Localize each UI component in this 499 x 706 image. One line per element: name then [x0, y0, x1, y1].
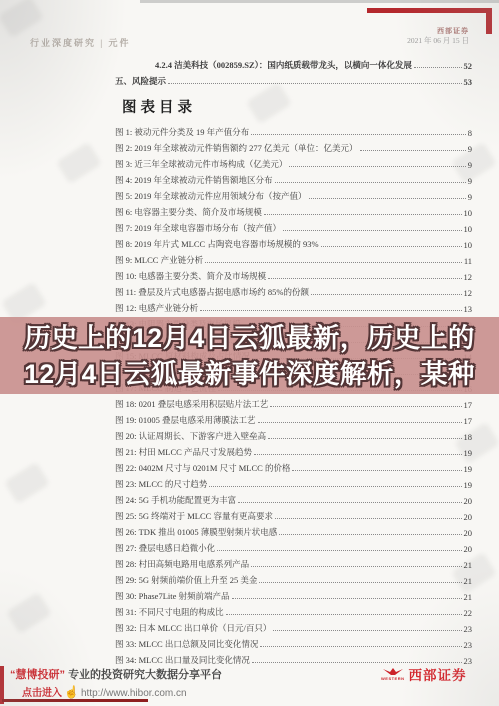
dot-leader [309, 198, 466, 199]
toc-page-number: 53 [464, 77, 473, 87]
figure-list: 图 1: 被动元件分类及 19 年产值分布 8 图 2: 2019 年全球被动元… [115, 122, 472, 666]
figure-page-number: 9 [468, 144, 472, 154]
corner-rule-horizontal [367, 8, 492, 13]
figure-page-number: 18 [464, 432, 473, 442]
figure-page-number: 19 [464, 480, 473, 490]
dot-leader [251, 134, 466, 135]
figure-label: 图 19: 01005 叠层电感采用薄膜法工艺 [115, 414, 256, 426]
figure-toc-row: 图 32: 日本 MLCC 出口单价（日元/百只） 23 [115, 618, 472, 634]
figure-label: 图 25: 5G 终端对于 MLCC 容量有更高要求 [115, 510, 273, 522]
dot-leader [226, 614, 462, 615]
figure-label: 图 22: 0402M 尺寸与 0201M 尺寸 MLCC 的价格 [115, 462, 290, 474]
figure-label: 图 24: 5G 手机功能配置更为丰富 [115, 494, 236, 506]
figure-label: 图 1: 被动元件分类及 19 年产值分布 [115, 126, 249, 138]
dot-leader [268, 278, 461, 279]
western-securities-logo: WESTERN 西部证券 [381, 664, 467, 684]
report-date: 2021 年 06 月 15 日 [407, 36, 469, 46]
watermark-smudge [56, 142, 102, 184]
figure-toc-row: 图 24: 5G 手机功能配置更为丰富 20 [115, 490, 472, 506]
dot-leader [209, 486, 461, 487]
figures-directory-title: 图表目录 [122, 96, 196, 117]
figure-label: 图 30: Phase7Lite 射频前端产品 [115, 590, 230, 602]
figure-page-number: 22 [464, 608, 473, 618]
figure-toc-row: 图 10: 电感器主要分类、简介及市场规模 12 [115, 266, 472, 282]
figure-label: 图 32: 日本 MLCC 出口单价（日元/百只） [115, 622, 271, 634]
footer-tagline-row: “慧博投研” 专业的投资研究大数据分享平台 [10, 666, 222, 682]
figure-toc-row: 图 23: MLCC 的尺寸趋势 19 [115, 474, 472, 490]
figure-toc-row: 图 6: 电容器主要分类、简介及市场规模 10 [115, 202, 472, 218]
figure-label: 图 18: 0201 叠层电感采用积层贴片法工艺 [115, 398, 268, 410]
dot-leader [217, 550, 461, 551]
toc-section-label: 五、风险提示 [115, 75, 166, 87]
figure-toc-row: 图 20: 认证周期长、下游客户进入壁垒高 18 [115, 426, 472, 442]
hibor-tagline: 专业的投资研究大数据分享平台 [68, 669, 222, 681]
figure-toc-row: 图 2: 2019 年全球被动元件销售额约 277 亿美元（单位：亿美元） 9 [115, 138, 472, 154]
dot-leader [168, 83, 461, 84]
dot-leader [275, 182, 466, 183]
dot-leader [260, 646, 461, 647]
figure-toc-row: 图 22: 0402M 尺寸与 0201M 尺寸 MLCC 的价格 19 [115, 458, 472, 474]
figure-toc-row: 图 28: 村田高频电路用电感系列产品 21 [115, 554, 472, 570]
figure-page-number: 19 [464, 464, 473, 474]
figure-page-number: 21 [464, 576, 473, 586]
figure-label: 图 4: 2019 年全球被动元件销售额地区分布 [115, 174, 273, 186]
figure-page-number: 17 [464, 400, 473, 410]
headline-line1: 历史上的12月4日云狐最新，历史上的 [24, 320, 475, 356]
figure-toc-row: 图 27: 叠层电感日趋微小化 20 [115, 538, 472, 554]
figure-label: 图 23: MLCC 的尺寸趋势 [115, 478, 207, 490]
figure-page-number: 12 [464, 272, 473, 282]
toc-section-label: 4.2.4 洁美科技（002859.SZ）：国内纸质载带龙头，以横向一体化发展 [155, 59, 412, 71]
figure-page-number: 10 [464, 224, 473, 234]
dot-leader [258, 422, 462, 423]
dot-leader [268, 438, 461, 439]
dot-leader [232, 598, 462, 599]
figure-label: 图 28: 村田高频电路用电感系列产品 [115, 558, 249, 570]
toc-section-row: 4.2.4 洁美科技（002859.SZ）：国内纸质载带龙头，以横向一体化发展 … [115, 55, 472, 71]
figure-toc-row: 图 29: 5G 射频前端价值上升至 25 美金 21 [115, 570, 472, 586]
corner-rule-vertical [486, 8, 492, 34]
toc-page-number: 52 [464, 61, 473, 71]
figure-page-number: 19 [464, 448, 473, 458]
figure-label: 图 34: MLCC 出口量及同比变化情况 [115, 654, 250, 666]
dot-leader [251, 566, 461, 567]
figure-page-number: 20 [464, 496, 473, 506]
figure-page-number: 13 [464, 304, 473, 314]
figure-toc-row: 图 25: 5G 终端对于 MLCC 容量有更高要求 20 [115, 506, 472, 522]
footer-link-row: 点击进入☝http://www.hibor.com.cn [22, 684, 187, 699]
watermark-smudge [4, 462, 50, 504]
dot-leader [289, 166, 465, 167]
figure-label: 图 6: 电容器主要分类、简介及市场规模 [115, 206, 262, 218]
dot-leader [254, 454, 462, 455]
hand-cursor-icon: ☝ [64, 685, 79, 699]
hibor-url-link[interactable]: http://www.hibor.com.cn [81, 688, 187, 699]
western-securities-name: 西部证券 [409, 664, 467, 684]
figure-label: 图 33: MLCC 出口总额及同比变化情况 [115, 638, 258, 650]
figure-page-number: 9 [468, 176, 472, 186]
figure-label: 图 7: 2019 年全球电容器市场分布（按产值） [115, 222, 281, 234]
figure-page-number: 20 [464, 544, 473, 554]
figure-toc-row: 图 7: 2019 年全球电容器市场分布（按产值） 10 [115, 218, 472, 234]
watermark-smudge [246, 82, 292, 124]
figure-label: 图 10: 电感器主要分类、简介及市场规模 [115, 270, 266, 282]
dot-leader [270, 406, 461, 407]
dot-leader [264, 214, 462, 215]
dot-leader [414, 67, 462, 68]
figure-page-number: 23 [464, 624, 473, 634]
brand-name-small: 西部证券 [407, 26, 469, 36]
hibor-brand: “慧博投研” [10, 669, 65, 681]
footer-red-underline [2, 699, 148, 702]
figure-page-number: 21 [464, 560, 473, 570]
figure-toc-row: 图 5: 2019 年全球被动元件应用领域分布（按产值） 9 [115, 186, 472, 202]
headline-line2: 12月4日云狐最新事件深度解析，某种 [24, 356, 475, 392]
western-logo-text: WESTERN [381, 677, 405, 681]
figure-page-number: 10 [464, 240, 473, 250]
figure-toc-row: 图 9: MLCC 产业链分析 11 [115, 250, 472, 266]
figure-toc-row: 图 31: 不同尺寸电阻的构成比 22 [115, 602, 472, 618]
figure-page-number: 20 [464, 528, 473, 538]
figure-toc-row: 图 26: TDK 推出 01005 薄膜型射频片状电感 20 [115, 522, 472, 538]
figure-label: 图 8: 2019 年片式 MLCC 占陶瓷电容器市场规模的 93% [115, 238, 319, 250]
figure-label: 图 5: 2019 年全球被动元件应用领域分布（按产值） [115, 190, 307, 202]
figure-label: 图 21: 村田 MLCC 产品尺寸发展趋势 [115, 446, 252, 458]
dot-leader [275, 518, 462, 519]
figure-toc-row: 图 1: 被动元件分类及 19 年产值分布 8 [115, 122, 472, 138]
dot-leader [259, 582, 461, 583]
figure-toc-row: 图 19: 01005 叠层电感采用薄膜法工艺 17 [115, 410, 472, 426]
figure-label: 图 26: TDK 推出 01005 薄膜型射频片状电感 [115, 526, 277, 538]
figure-label: 图 31: 不同尺寸电阻的构成比 [115, 606, 224, 618]
figure-page-number: 9 [468, 160, 472, 170]
western-logo-mark: WESTERN [381, 667, 405, 681]
dot-leader [252, 662, 462, 663]
figure-toc-row: 图 12: 电感产业链分析 13 [115, 298, 472, 314]
figure-label: 图 2: 2019 年全球被动元件销售额约 277 亿美元（单位：亿美元） [115, 142, 358, 154]
figure-toc-row: 图 11: 叠层及片式电感器占据电感市场约 85%的份额 12 [115, 282, 472, 298]
dot-leader [200, 310, 461, 311]
figure-toc-row: 图 33: MLCC 出口总额及同比变化情况 23 [115, 634, 472, 650]
enter-link[interactable]: 点击进入 [22, 688, 62, 699]
figure-toc-row: 图 21: 村田 MLCC 产品尺寸发展趋势 19 [115, 442, 472, 458]
report-category-label: 行业深度研究 | 元件 [30, 36, 130, 49]
figure-label: 图 11: 叠层及片式电感器占据电感市场约 85%的份额 [115, 286, 309, 298]
dot-leader [360, 150, 466, 151]
figure-page-number: 11 [464, 256, 472, 266]
figure-label: 图 9: MLCC 产业链分析 [115, 254, 203, 266]
figure-page-number: 21 [464, 592, 473, 602]
figure-toc-row: 图 4: 2019 年全球被动元件销售额地区分布 9 [115, 170, 472, 186]
figure-toc-row: 图 8: 2019 年片式 MLCC 占陶瓷电容器市场规模的 93% 10 [115, 234, 472, 250]
figure-toc-row: 图 3: 近三年全球被动元件市场构成（亿美元） 9 [115, 154, 472, 170]
figure-page-number: 12 [464, 288, 473, 298]
watermark-smudge [0, 0, 44, 38]
figure-page-number: 10 [464, 208, 473, 218]
dot-leader [311, 294, 461, 295]
figure-label: 图 27: 叠层电感日趋微小化 [115, 542, 215, 554]
scan-edge [140, 0, 499, 3]
dot-leader [273, 630, 461, 631]
watermark-smudge [6, 592, 52, 634]
figure-page-number: 20 [464, 512, 473, 522]
dot-leader [292, 470, 461, 471]
headline-overlay-banner: 历史上的12月4日云狐最新，历史上的 12月4日云狐最新事件深度解析，某种 [0, 317, 499, 394]
figure-page-number: 23 [464, 640, 473, 650]
toc-section-row: 五、风险提示 53 [115, 71, 472, 87]
figure-page-number: 9 [468, 192, 472, 202]
figure-toc-row: 图 30: Phase7Lite 射频前端产品 21 [115, 586, 472, 602]
figure-label: 图 29: 5G 射频前端价值上升至 25 美金 [115, 574, 257, 586]
header-right: 西部证券 2021 年 06 月 15 日 [407, 26, 469, 46]
figure-page-number: 8 [468, 128, 472, 138]
figure-label: 图 12: 电感产业链分析 [115, 302, 198, 314]
dot-leader [321, 246, 462, 247]
figure-page-number: 17 [464, 416, 473, 426]
figure-toc-row: 图 18: 0201 叠层电感采用积层贴片法工艺 17 [115, 394, 472, 410]
figure-label: 图 3: 近三年全球被动元件市场构成（亿美元） [115, 158, 287, 170]
toc-tail: 4.2.4 洁美科技（002859.SZ）：国内纸质载带龙头，以横向一体化发展 … [115, 55, 472, 87]
figure-label: 图 20: 认证周期长、下游客户进入壁垒高 [115, 430, 266, 442]
dot-leader [283, 230, 462, 231]
dot-leader [279, 534, 461, 535]
dot-leader [238, 502, 461, 503]
dot-leader [205, 262, 462, 263]
